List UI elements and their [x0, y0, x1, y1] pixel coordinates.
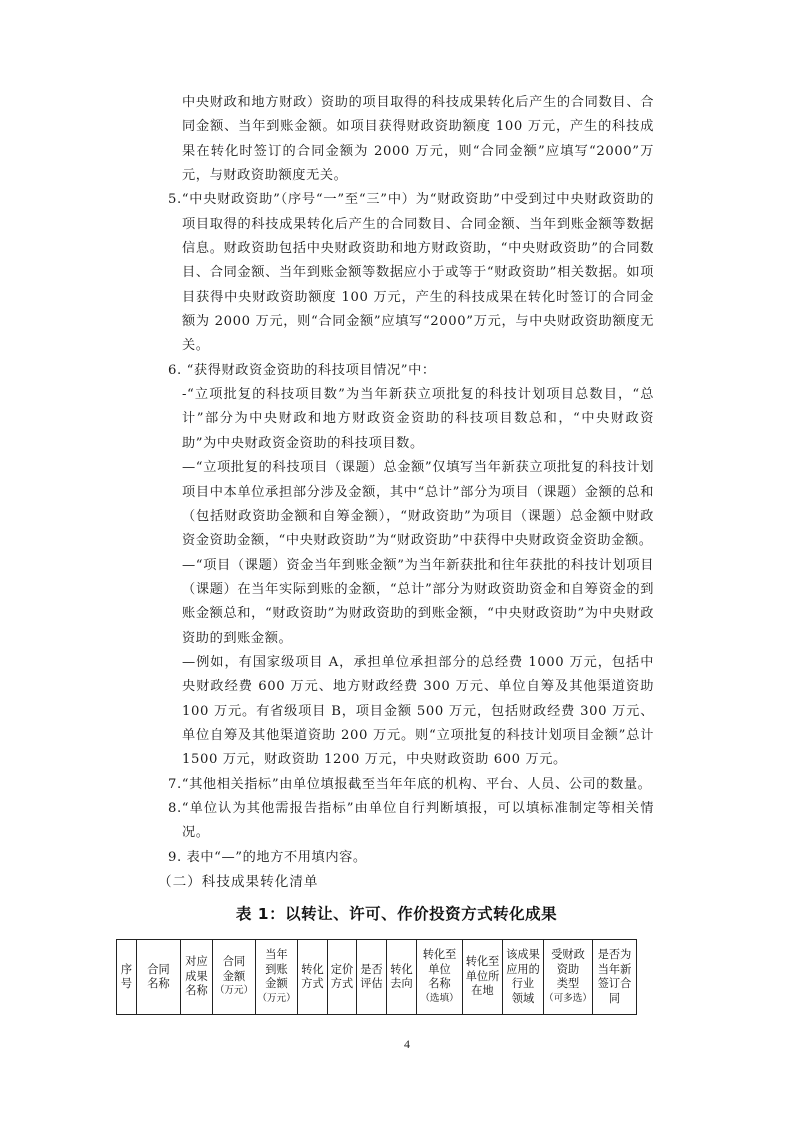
table-title: 表 1：以转让、许可、作价投资方式转化成果 [0, 902, 793, 924]
instructions-body: 中央财政和地方财政）资助的项目取得的科技成果转化后产生的合同数目、合同金额、当年… [168, 91, 654, 894]
column-header: 对应成果名称 [181, 940, 213, 1015]
paragraph-item-8: 8.“单位认为其他需报告指标”由单位自行判断填报，可以填标准制定等相关情况。 [168, 797, 654, 846]
column-header: 是否为当年新签订合同 [593, 940, 637, 1015]
column-header: 该成果应用的行业领域 [503, 940, 544, 1015]
paragraph-item-6: 6. “获得财政资金资助的科技项目情况”中： [168, 359, 654, 383]
column-header: 当年到账金额（万元） [256, 940, 298, 1015]
section-heading: （二）科技成果转化清单 [158, 870, 654, 894]
document-page: 中央财政和地方财政）资助的项目取得的科技成果转化后产生的合同数目、合同金额、当年… [0, 0, 793, 1122]
paragraph-item-6-project-count: -“立项批复的科技项目数”为当年新获立项批复的科技计划项目总数目，“总计”部分为… [168, 383, 654, 456]
column-header: 序号 [117, 940, 137, 1015]
column-header: 转化去向 [387, 940, 417, 1015]
column-header: 转化方式 [298, 940, 328, 1015]
paragraph-item-4-continuation: 中央财政和地方财政）资助的项目取得的科技成果转化后产生的合同数目、合同金额、当年… [168, 91, 654, 188]
column-header: 合同名称 [137, 940, 181, 1015]
paragraph-item-5: 5.“中央财政资助”（序号“一”至“三”中）为“财政资助”中受到过中央财政资助的… [168, 188, 654, 358]
paragraph-item-6-received-amount: —“项目（课题）资金当年到账金额”为当年新获批和往年获批的科技计划项目（课题）在… [168, 554, 654, 651]
column-header: 受财政资助类型（可多选） [544, 940, 593, 1015]
column-header: 是否评估 [357, 940, 387, 1015]
paragraph-item-7: 7.“其他相关指标”由单位填报截至当年年底的机构、平台、人员、公司的数量。 [168, 773, 654, 797]
column-header: 转化至单位名称（选填） [417, 940, 463, 1015]
paragraph-item-9: 9. 表中“—”的地方不用填内容。 [168, 846, 654, 870]
paragraph-item-6-example: —例如，有国家级项目 A，承担单位承担部分的总经费 1000 万元，包括中央财政… [168, 651, 654, 773]
paragraph-item-6-total-amount: —“立项批复的科技项目（课题）总金额”仅填写当年新获立项批复的科技计划项目中本单… [168, 456, 654, 553]
page-number: 4 [404, 1037, 410, 1052]
table-header-row: 序号合同名称对应成果名称合同金额（万元）当年到账金额（万元）转化方式定价方式是否… [117, 940, 637, 1015]
column-header: 转化至单位所在地 [463, 940, 503, 1015]
column-header: 合同金额（万元） [213, 940, 256, 1015]
results-table: 序号合同名称对应成果名称合同金额（万元）当年到账金额（万元）转化方式定价方式是否… [116, 939, 637, 1015]
column-header: 定价方式 [328, 940, 357, 1015]
